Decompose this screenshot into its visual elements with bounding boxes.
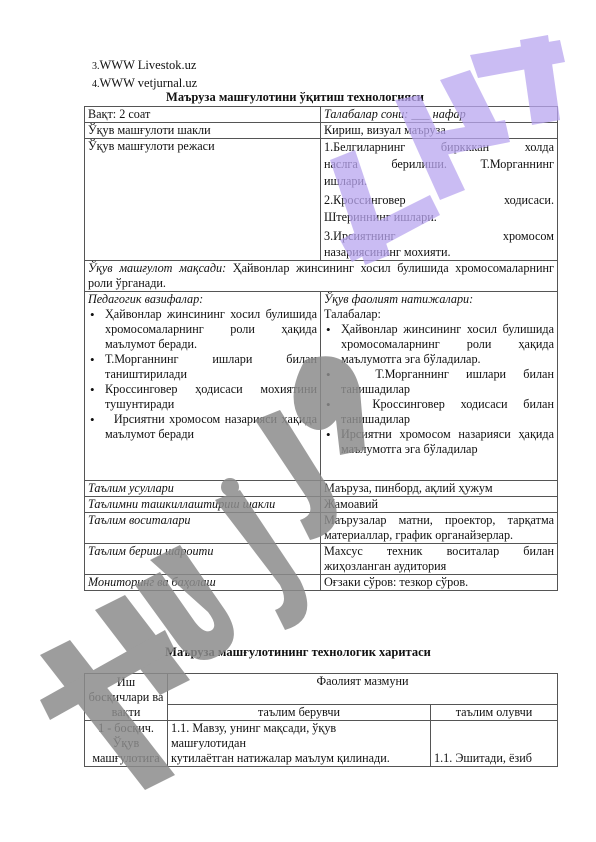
content-header: Фаолият мазмуни: [168, 674, 558, 705]
conditions-label-cell: Таълим бериш шароити: [85, 544, 321, 575]
methods-value-cell: Маъруза, пинборд, ақлий ҳужум: [321, 481, 558, 497]
methods-label-cell: Таълим усуллари: [85, 481, 321, 497]
table-row: Педагогик вазифалар: Ҳайвонлар жинсининг…: [85, 292, 558, 481]
teacher-activity-cell: 1.1. Мавзу, унинг мақсади, ўқув машғулот…: [168, 721, 431, 767]
plan-label-cell: Ўқув машғулоти режаси: [85, 139, 321, 261]
monitoring-label-cell: Мониторинг ва баҳолаш: [85, 575, 321, 591]
stages-header: Иш босқичлари ва вақти: [85, 674, 168, 721]
pedagogical-tasks-cell: Педагогик вазифалар: Ҳайвонлар жинсининг…: [85, 292, 321, 481]
learning-results-cell: Ўқув фаолият натижалари: Талабалар: Ҳайв…: [321, 292, 558, 481]
organization-label-cell: Таълимни ташкиллаштириш шакли: [85, 497, 321, 513]
table-row: Вақт: 2 соат Талабалар сони: ___ нафар: [85, 107, 558, 123]
table-row: Ўқув машғулот мақсади: Ҳайвонлар жинсини…: [85, 261, 558, 292]
section-title-technology-map: Маъруза машғулотининг технологик харитас…: [0, 645, 596, 660]
time-cell: Вақт: 2 соат: [85, 107, 321, 123]
plan-value-cell: 1.Белгиларнинг биркккан холда наслга бер…: [321, 139, 558, 261]
list-item: Ирсиятни хромосом назарияси ҳақида маълу…: [105, 412, 317, 442]
monitoring-value-cell: Оғзаки сўров: тезкор сўров.: [321, 575, 558, 591]
conditions-value-cell: Махсус техник воситалар билан жиҳозланга…: [321, 544, 558, 575]
student-activity-cell: 1.1. Эшитади, ёзиб: [431, 721, 558, 767]
list-item: Ирсиятни хромосом назарияси ҳақида маълу…: [341, 427, 554, 457]
list-item: Кроссинговер ходисаси билан танишадилар: [341, 397, 554, 427]
teacher-header: таълим берувчи: [168, 705, 431, 721]
table-row: Мониторинг ва баҳолаш Оғзаки сўров: тезк…: [85, 575, 558, 591]
tools-value-cell: Маърузалар матни, проектор, тарқатма мат…: [321, 513, 558, 544]
organization-value-cell: Жамоавий: [321, 497, 558, 513]
list-item: Кроссинговер ҳодисаси мохиятини тушунтир…: [105, 382, 317, 412]
form-label-cell: Ўқув машғулоти шакли: [85, 123, 321, 139]
table-row: Ўқув машғулоти шакли Кириш, визуал маъру…: [85, 123, 558, 139]
student-header: таълим олувчи: [431, 705, 558, 721]
tools-label-cell: Таълим воситалари: [85, 513, 321, 544]
list-item: Ҳайвонлар жинсининг хосил булишида хромо…: [341, 322, 554, 367]
reference-list: 3.WWW Livestok.uz 4.WWW vetjurnal.uz: [92, 57, 197, 93]
table-row: Таълим усуллари Маъруза, пинборд, ақлий …: [85, 481, 558, 497]
reference-item: 3.WWW Livestok.uz: [92, 57, 197, 75]
list-item: Т.Морганнинг ишлари билан танишадилар: [341, 367, 554, 397]
table-row: Таълим бериш шароити Махсус техник восит…: [85, 544, 558, 575]
technology-map-table: Иш босқичлари ва вақти Фаолият мазмуни т…: [84, 673, 558, 767]
table-row: 1 - босқич. Ўқув машғулотига 1.1. Мавзу,…: [85, 721, 558, 767]
stage-cell: 1 - босқич. Ўқув машғулотига: [85, 721, 168, 767]
form-value-cell: Кириш, визуал маъруза: [321, 123, 558, 139]
table-row: Таълим воситалари Маърузалар матни, прое…: [85, 513, 558, 544]
teaching-technology-table: Вақт: 2 соат Талабалар сони: ___ нафар Ў…: [84, 106, 558, 591]
tasks-list: Ҳайвонлар жинсининг хосил булишида хромо…: [88, 307, 317, 442]
list-item: Ҳайвонлар жинсининг хосил булишида хромо…: [105, 307, 317, 352]
table-row: Ўқув машғулоти режаси 1.Белгиларнинг бир…: [85, 139, 558, 261]
students-count-cell: Талабалар сони: ___ нафар: [321, 107, 558, 123]
document-page: 3.WWW Livestok.uz 4.WWW vetjurnal.uz Маъ…: [0, 0, 596, 842]
table-header-row: Иш босқичлари ва вақти Фаолият мазмуни: [85, 674, 558, 705]
table-row: Таълимни ташкиллаштириш шакли Жамоавий: [85, 497, 558, 513]
list-item: Т.Морганнинг ишлари билан таништирилади: [105, 352, 317, 382]
results-list: Ҳайвонлар жинсининг хосил булишида хромо…: [324, 322, 554, 457]
section-title-teaching-technology: Маъруза машғулотини ўқитиш технологияси: [0, 90, 596, 105]
goal-cell: Ўқув машғулот мақсади: Ҳайвонлар жинсини…: [85, 261, 558, 292]
